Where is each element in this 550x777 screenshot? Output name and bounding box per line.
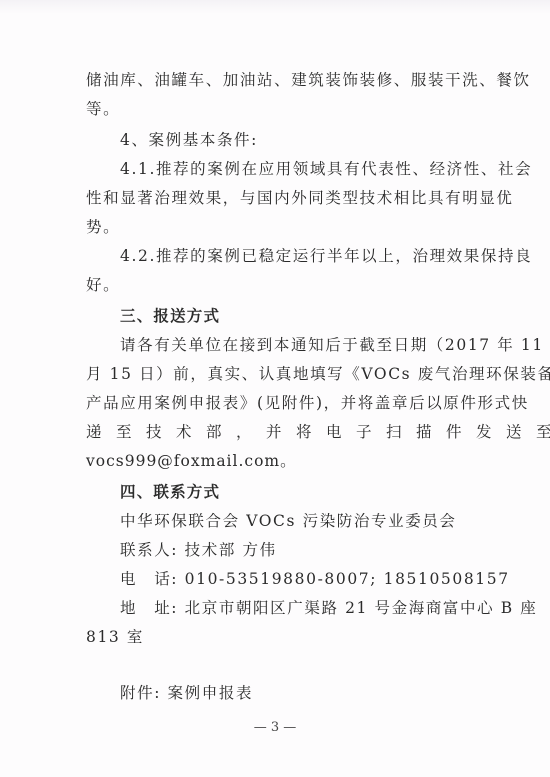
body-line: 月 15 日）前，真实、认真地填写《VOCs 废气治理环保装备 [86, 364, 472, 384]
email-address: vocs999@foxmail.com。 [86, 451, 472, 471]
body-line: 性和显著治理效果，与国内外同类型技术相比具有明显优 [86, 188, 472, 208]
subsection-title: 4、案例基本条件: [120, 130, 472, 150]
scan-edge [0, 0, 550, 14]
body-line: 请各有关单位在接到本通知后于截至日期（2017 年 11 [120, 335, 472, 355]
body-line: 好。 [86, 275, 472, 295]
contact-value: 技术部 方伟 [185, 541, 277, 559]
contact-person: 联系人: 技术部 方伟 [120, 540, 472, 560]
contact-phone: 电 话: 010-53519880-8007; 18510508157 [120, 569, 472, 589]
phone-label: 电 话: [120, 570, 178, 588]
section-heading-contact: 四、联系方式 [120, 482, 472, 502]
body-line: 产品应用案例申报表》(见附件)，并将盖章后以原件形式快 [86, 393, 472, 413]
body-line: 4.2.推荐的案例已稳定运行半年以上，治理效果保持良 [120, 246, 472, 266]
phone-value: 010-53519880-8007; 18510508157 [185, 570, 510, 588]
attachment-note: 附件: 案例申报表 [120, 683, 472, 703]
body-line: 4.1.推荐的案例在应用领域具有代表性、经济性、社会 [120, 159, 472, 179]
section-heading-submission: 三、报送方式 [120, 306, 472, 326]
address-value: 北京市朝阳区广渠路 21 号金海商富中心 B 座 [185, 599, 538, 617]
contact-address: 地 址: 北京市朝阳区广渠路 21 号金海商富中心 B 座 [120, 598, 472, 618]
page-number: — 3 — [0, 720, 550, 735]
address-label: 地 址: [120, 599, 178, 617]
contact-label: 联系人: [120, 541, 178, 559]
body-line: 递至技术部，并将电子扫描件发送至邮箱 [86, 422, 472, 442]
address-continued: 813 室 [86, 627, 472, 647]
body-line: 储油库、油罐车、加油站、建筑装饰装修、服装干洗、餐饮 [86, 70, 472, 90]
body-line: 势。 [86, 217, 472, 237]
organization-name: 中华环保联合会 VOCs 污染防治专业委员会 [120, 511, 472, 531]
body-line: 等。 [86, 99, 472, 119]
